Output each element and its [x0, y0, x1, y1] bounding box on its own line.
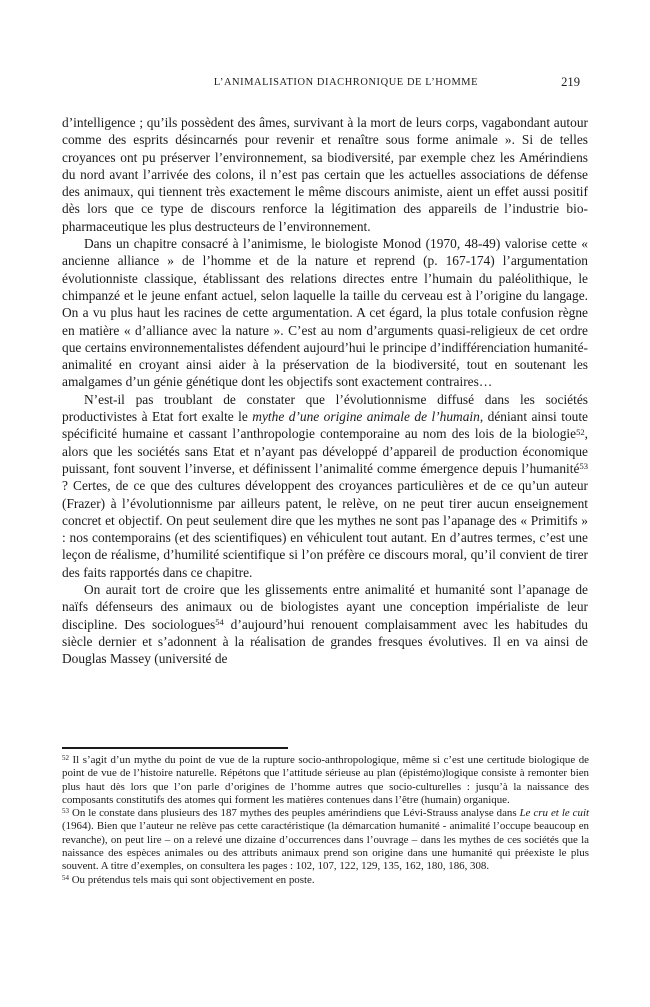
page-number: 219 [561, 75, 580, 89]
note-reference: 54 [215, 617, 224, 627]
body-paragraph: N’est-il pas troublant de constater que … [62, 391, 588, 581]
running-title: L’ANIMALISATION DIACHRONIQUE DE L’HOMME [83, 76, 609, 90]
body-paragraph: On aurait tort de croire que les glissem… [62, 581, 588, 667]
text-run: d’intelligence ; qu’ils possèdent des âm… [62, 115, 588, 234]
italic-text: Le cru et le cuit [520, 807, 589, 819]
footnotes-section: 52 Il s’agit d’un mythe du point de vue … [62, 747, 589, 887]
footnote-marker: 52 [62, 754, 69, 762]
footnote: 54 Ou prétendus tels mais qui sont objec… [62, 874, 589, 887]
note-reference: 53 [579, 461, 588, 471]
footnote-list: 52 Il s’agit d’un mythe du point de vue … [62, 754, 589, 887]
scanned-book-page: L’ANIMALISATION DIACHRONIQUE DE L’HOMME … [0, 0, 650, 1007]
body-text: d’intelligence ; qu’ils possèdent des âm… [62, 114, 588, 668]
body-paragraph: d’intelligence ; qu’ils possèdent des âm… [62, 114, 588, 235]
footnote: 53 On le constate dans plusieurs des 187… [62, 807, 589, 873]
text-run: Ou prétendus tels mais qui sont objectiv… [69, 874, 315, 886]
running-header: L’ANIMALISATION DIACHRONIQUE DE L’HOMME … [62, 76, 588, 92]
text-run: On le constate dans plusieurs des 187 my… [69, 807, 520, 819]
text-run: Dans un chapitre consacré à l’animisme, … [62, 236, 588, 389]
text-run: (1964). Bien que l’auteur ne relève pas … [62, 820, 589, 872]
text-run: Il s’agit d’un mythe du point de vue de … [62, 754, 589, 806]
footnote-marker: 54 [62, 874, 69, 882]
footnote-marker: 53 [62, 807, 69, 815]
footnote-separator-rule [62, 747, 288, 749]
note-reference: 52 [576, 427, 585, 437]
text-run: ? Certes, de ce que des cultures dévelop… [62, 478, 588, 579]
italic-text: mythe d’une origine animale de l’humain [252, 409, 480, 424]
body-paragraph: Dans un chapitre consacré à l’animisme, … [62, 235, 588, 391]
footnote: 52 Il s’agit d’un mythe du point de vue … [62, 754, 589, 807]
